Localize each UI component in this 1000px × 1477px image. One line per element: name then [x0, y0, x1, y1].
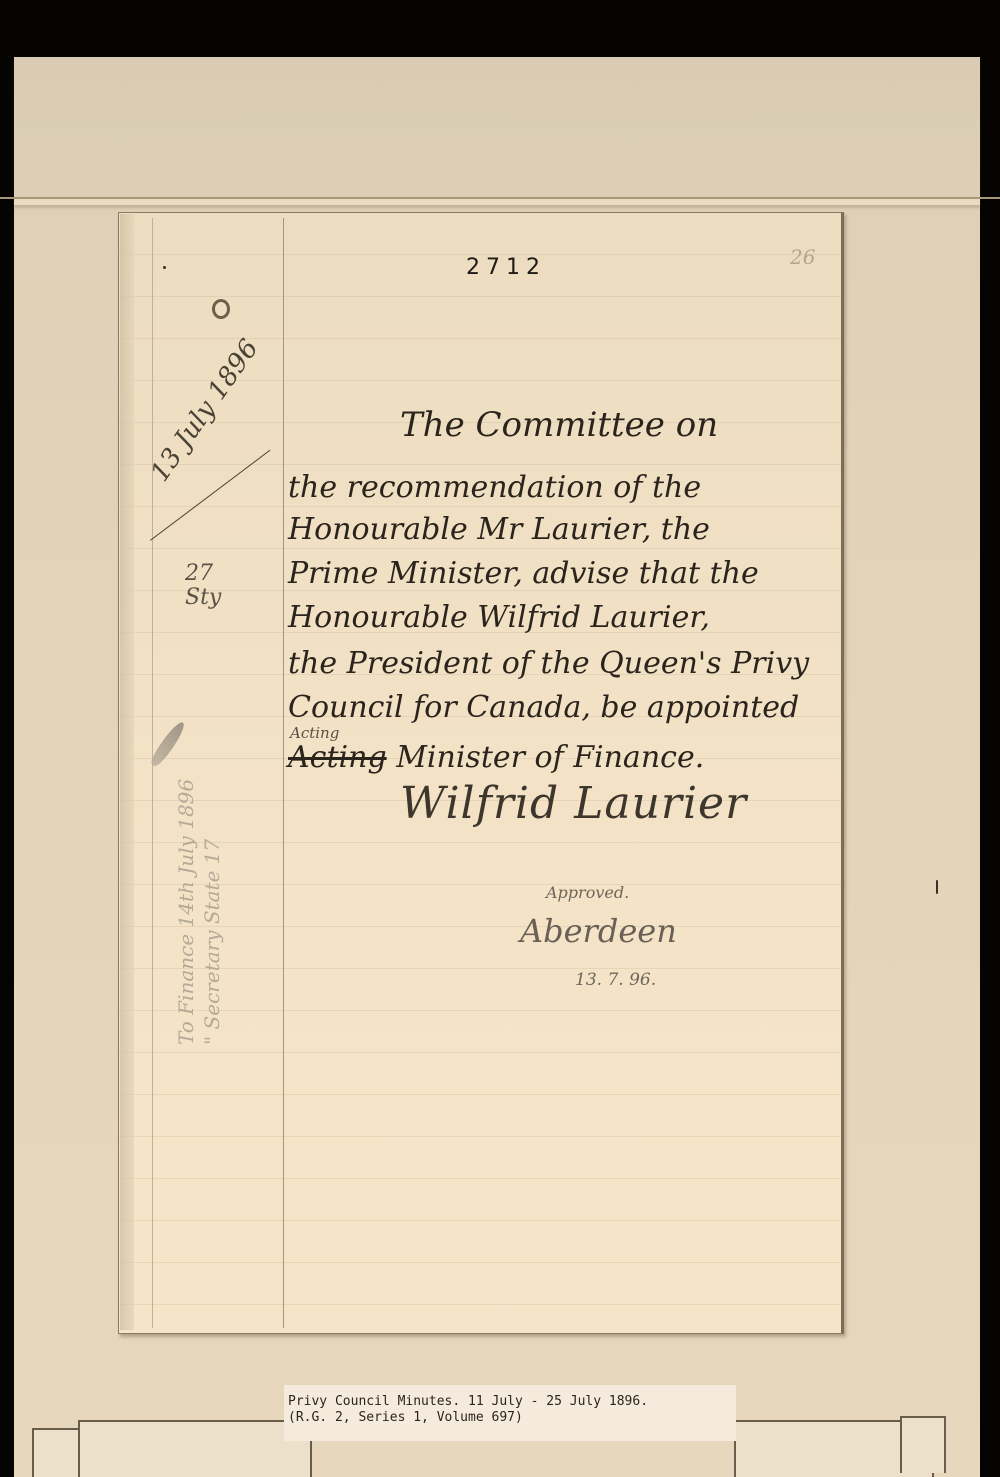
- archive-caption-label: Privy Council Minutes. 11 July - 25 July…: [284, 1385, 736, 1441]
- document-number: 2712: [466, 255, 546, 280]
- folio-number: 26: [790, 245, 815, 269]
- margin-rule-outer: [152, 218, 153, 1328]
- governor-signature: Aberdeen: [520, 912, 677, 950]
- margin-note-secretary: " Secretary State 17: [200, 839, 224, 1045]
- body-line-2: the recommendation of the: [288, 470, 701, 505]
- tab-edge-right: [900, 1416, 946, 1473]
- approval-label: Approved.: [546, 883, 629, 902]
- tab-edge-left: [32, 1428, 80, 1477]
- body-line-4: Prime Minister, advise that the: [288, 556, 759, 591]
- caption-line-1: Privy Council Minutes. 11 July - 25 July…: [288, 1394, 732, 1410]
- struck-word: Acting: [288, 740, 387, 775]
- body-line-5: Honourable Wilfrid Laurier,: [288, 600, 710, 635]
- board-top-flap: [14, 57, 980, 205]
- tab-left: [78, 1420, 312, 1477]
- body-line-3: Honourable Mr Laurier, the: [288, 512, 710, 547]
- body-line-8-rest: Minister of Finance.: [387, 740, 705, 775]
- margin-code-bottom: Sty: [185, 586, 221, 610]
- body-line-7: Council for Canada, be appointed: [288, 690, 799, 725]
- punch-hole-icon: [212, 299, 230, 319]
- fold-line: [0, 197, 1000, 199]
- margin-rule-inner: [283, 218, 284, 1328]
- approval-date: 13. 7. 96.: [575, 970, 656, 990]
- sheet-left-edge: [120, 214, 134, 1330]
- body-line-1: The Committee on: [400, 405, 718, 445]
- body-line-6: the President of the Queen's Privy: [288, 646, 809, 681]
- body-line-8: Acting Minister of Finance.: [288, 740, 704, 775]
- laurier-signature: Wilfrid Laurier: [400, 778, 747, 829]
- margin-note-finance: To Finance 14th July 1896: [174, 779, 198, 1045]
- caption-line-2: (R.G. 2, Series 1, Volume 697): [288, 1410, 732, 1426]
- ink-mark: [936, 880, 938, 894]
- margin-code-top: 27: [185, 562, 221, 586]
- ink-dot: [163, 266, 166, 269]
- margin-code: 27 Sty: [185, 562, 221, 610]
- scanned-page: 2712 26 13 July 1896 27 Sty To Finance 1…: [0, 0, 1000, 1477]
